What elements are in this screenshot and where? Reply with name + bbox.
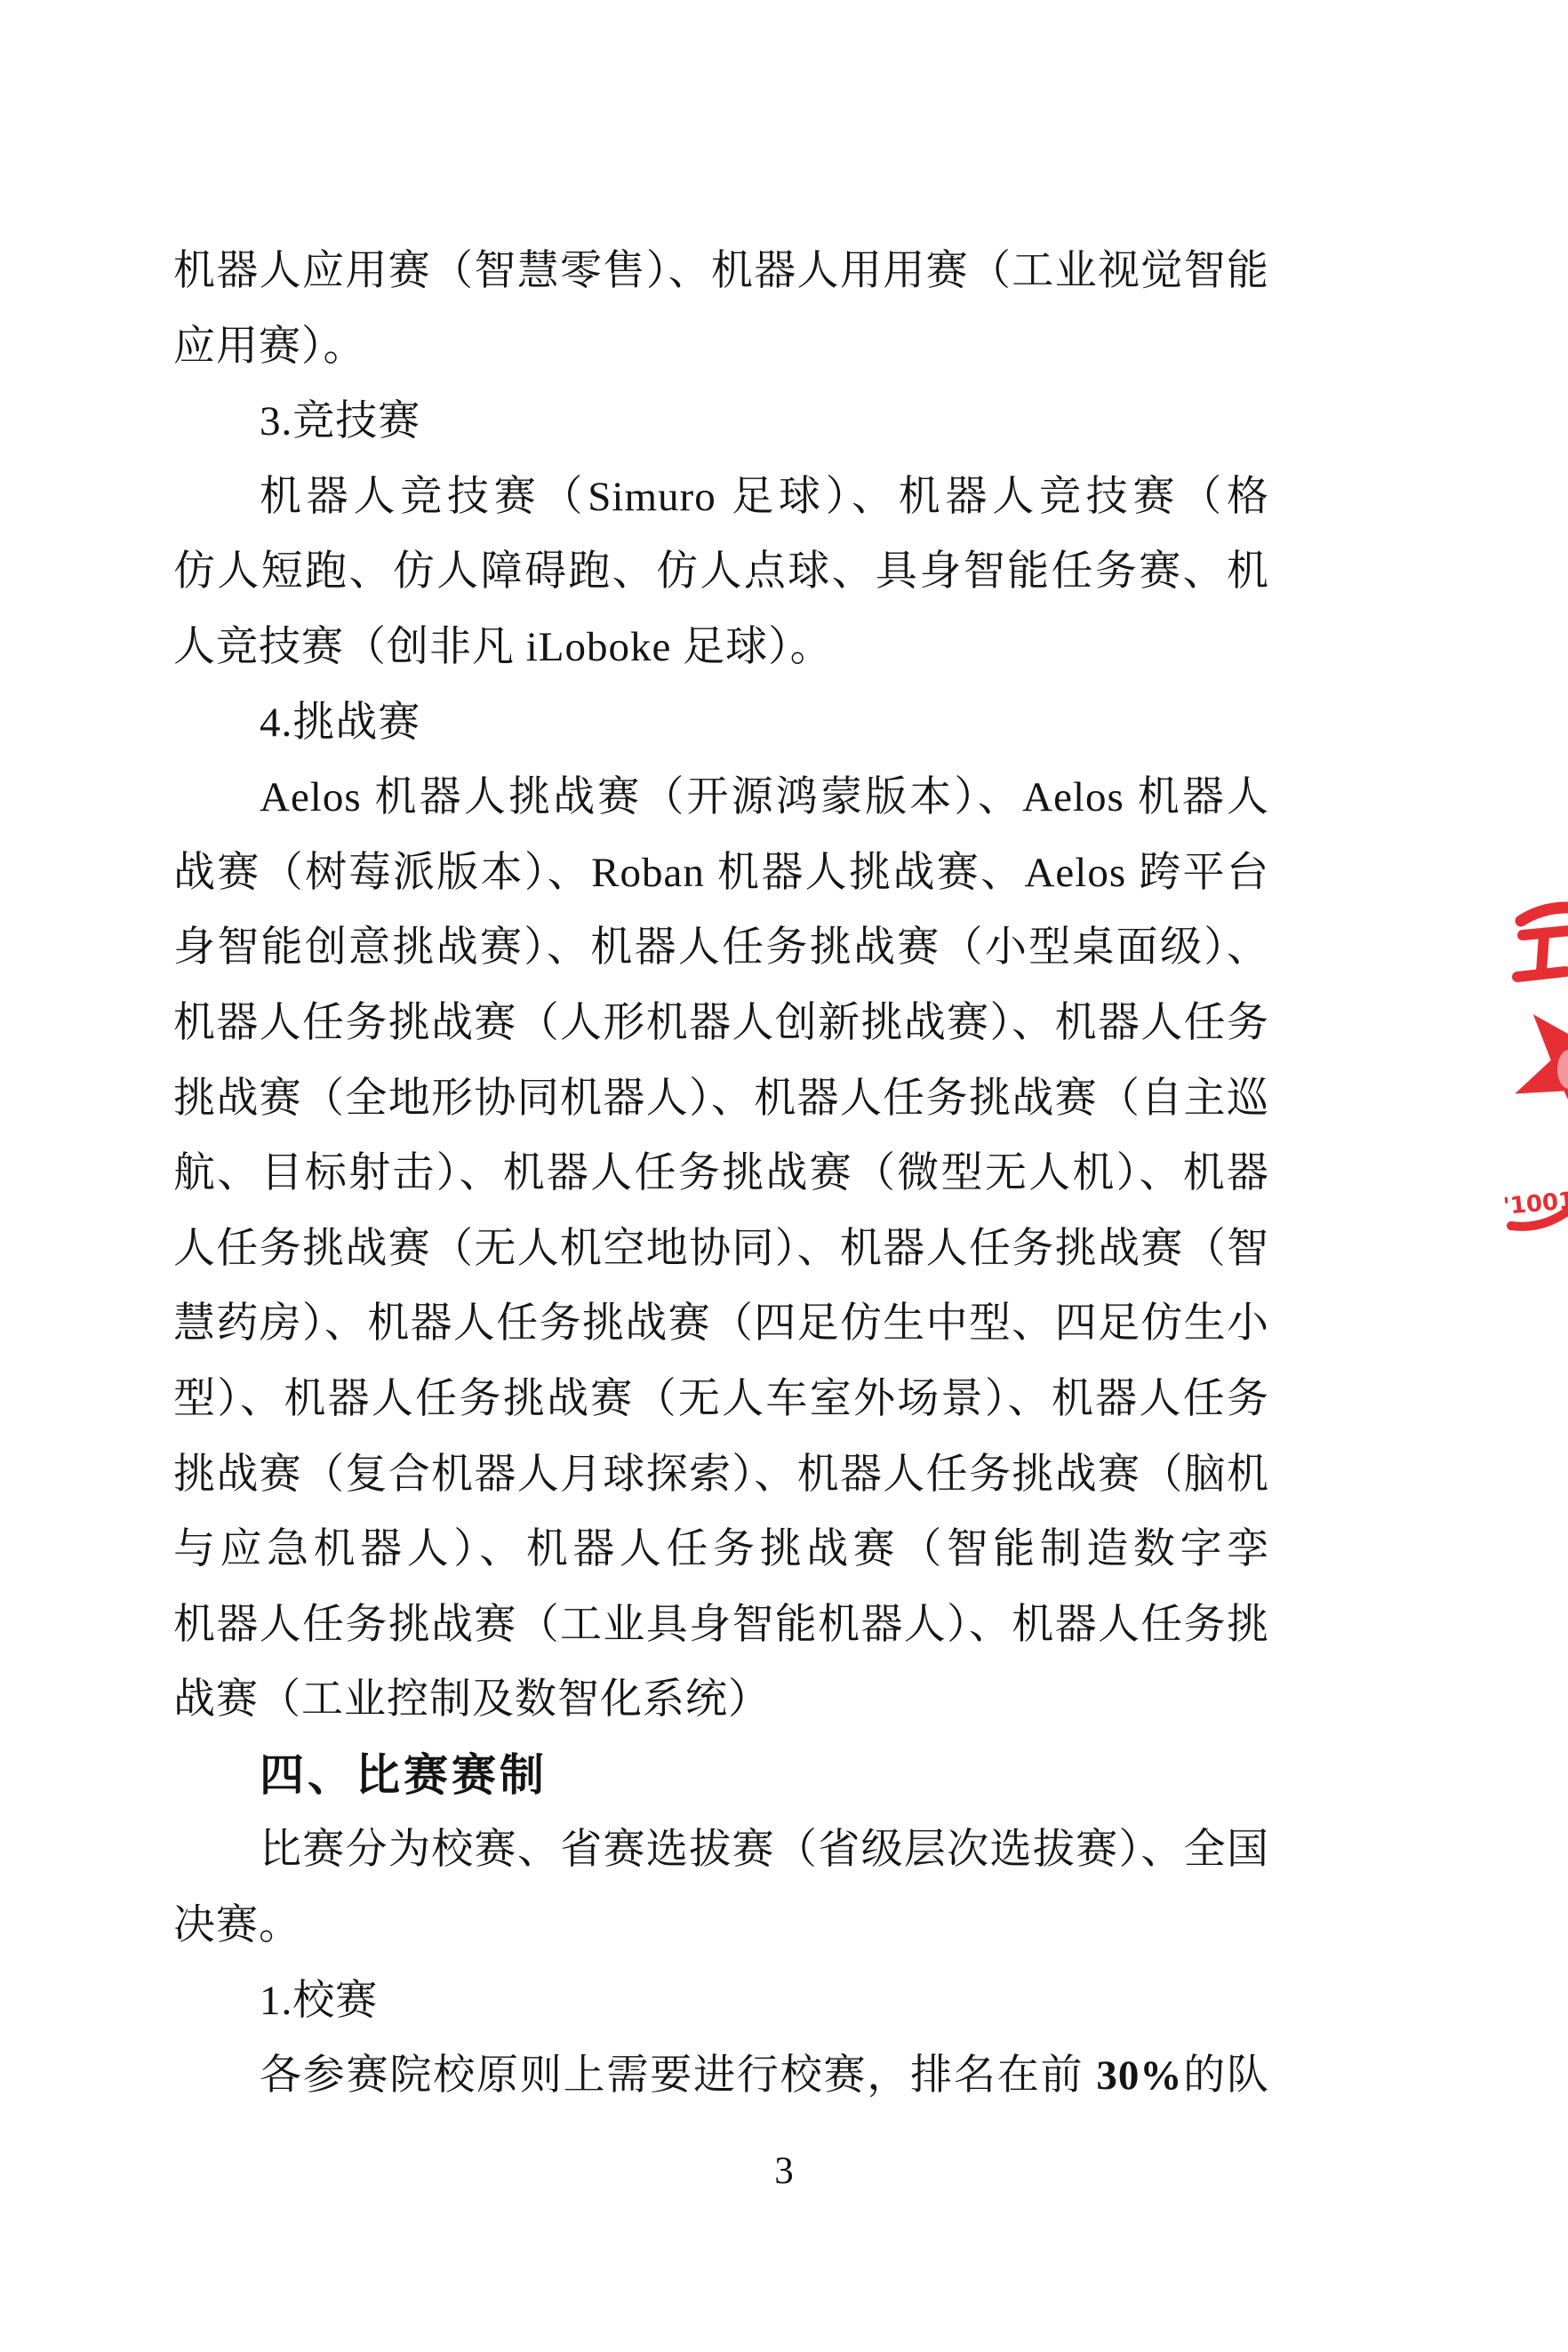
chapter-heading: 四、比赛赛制 — [173, 1738, 1269, 1813]
doc-line: 机器人任务挑战赛（人形机器人创新挑战赛）、机器人任务 — [173, 986, 1269, 1061]
doc-line: 身智能创意挑战赛）、机器人任务挑战赛（小型桌面级）、 — [173, 910, 1269, 986]
seal-graphic: '10010 — [1479, 889, 1568, 1244]
percentage-value: 30% — [1096, 2052, 1182, 2099]
section-heading-4: 4.挑战赛 — [173, 685, 1269, 761]
seal-character-stroke — [1521, 908, 1568, 921]
doc-line-text: 各参赛院校原则上需要进行校赛，排名在前 — [260, 2052, 1084, 2099]
section-heading-1: 1.校赛 — [173, 1964, 1269, 2039]
doc-line: 挑战赛（全地形协同机器人）、机器人任务挑战赛（自主巡 — [173, 1061, 1269, 1137]
body-text: 机器人应用赛（智慧零售）、机器人用用赛（工业视觉智能 应用赛）。 3.竞技赛 机… — [173, 234, 1269, 2114]
doc-line: 决赛。 — [173, 1888, 1269, 1964]
doc-line: 机器人任务挑战赛（工业具身智能机器人）、机器人任务挑 — [173, 1588, 1269, 1663]
doc-line: 机器人竞技赛（Simuro 足球）、机器人竞技赛（格斗）、 — [173, 460, 1269, 535]
doc-line: 仿人短跑、仿人障碍跑、仿人点球、具身智能任务赛、机器 — [173, 534, 1269, 610]
official-seal-stamp: '10010 — [1479, 889, 1568, 1244]
doc-line: 比赛分为校赛、省赛选拔赛（省级层次选拔赛）、全国 — [173, 1812, 1269, 1888]
doc-line: Aelos 机器人挑战赛（开源鸿蒙版本）、Aelos 机器人挑 — [173, 760, 1269, 836]
section-heading-3: 3.竞技赛 — [173, 384, 1269, 460]
doc-line: 战赛（工业控制及数智化系统） — [173, 1662, 1269, 1738]
doc-line: 与应急机器人）、机器人任务挑战赛（智能制造数字孪生）、 — [173, 1512, 1269, 1588]
doc-line: 机器人应用赛（智慧零售）、机器人用用赛（工业视觉智能 — [173, 234, 1269, 309]
page-number: 3 — [0, 2149, 1568, 2194]
doc-line: 人竞技赛（创非凡 iLoboke 足球）。 — [173, 610, 1269, 685]
doc-line: 各参赛院校原则上需要进行校赛，排名在前30%的队伍 — [173, 2038, 1269, 2114]
doc-line: 型）、机器人任务挑战赛（无人车室外场景）、机器人任务 — [173, 1362, 1269, 1437]
document-page: 机器人应用赛（智慧零售）、机器人用用赛（工业视觉智能 应用赛）。 3.竞技赛 机… — [0, 0, 1568, 2352]
doc-line: 挑战赛（复合机器人月球探索）、机器人任务挑战赛（脑机 — [173, 1437, 1269, 1513]
doc-line: 慧药房）、机器人任务挑战赛（四足仿生中型、四足仿生小 — [173, 1286, 1269, 1362]
doc-line: 战赛（树莓派版本）、Roban 机器人挑战赛、Aelos 跨平台具 — [173, 836, 1269, 911]
doc-line: 航、目标射击）、机器人任务挑战赛（微型无人机）、机器 — [173, 1136, 1269, 1212]
doc-line: 应用赛）。 — [173, 309, 1269, 385]
seal-character-gong — [1517, 931, 1568, 977]
doc-line: 人任务挑战赛（无人机空地协同）、机器人任务挑战赛（智 — [173, 1212, 1269, 1287]
